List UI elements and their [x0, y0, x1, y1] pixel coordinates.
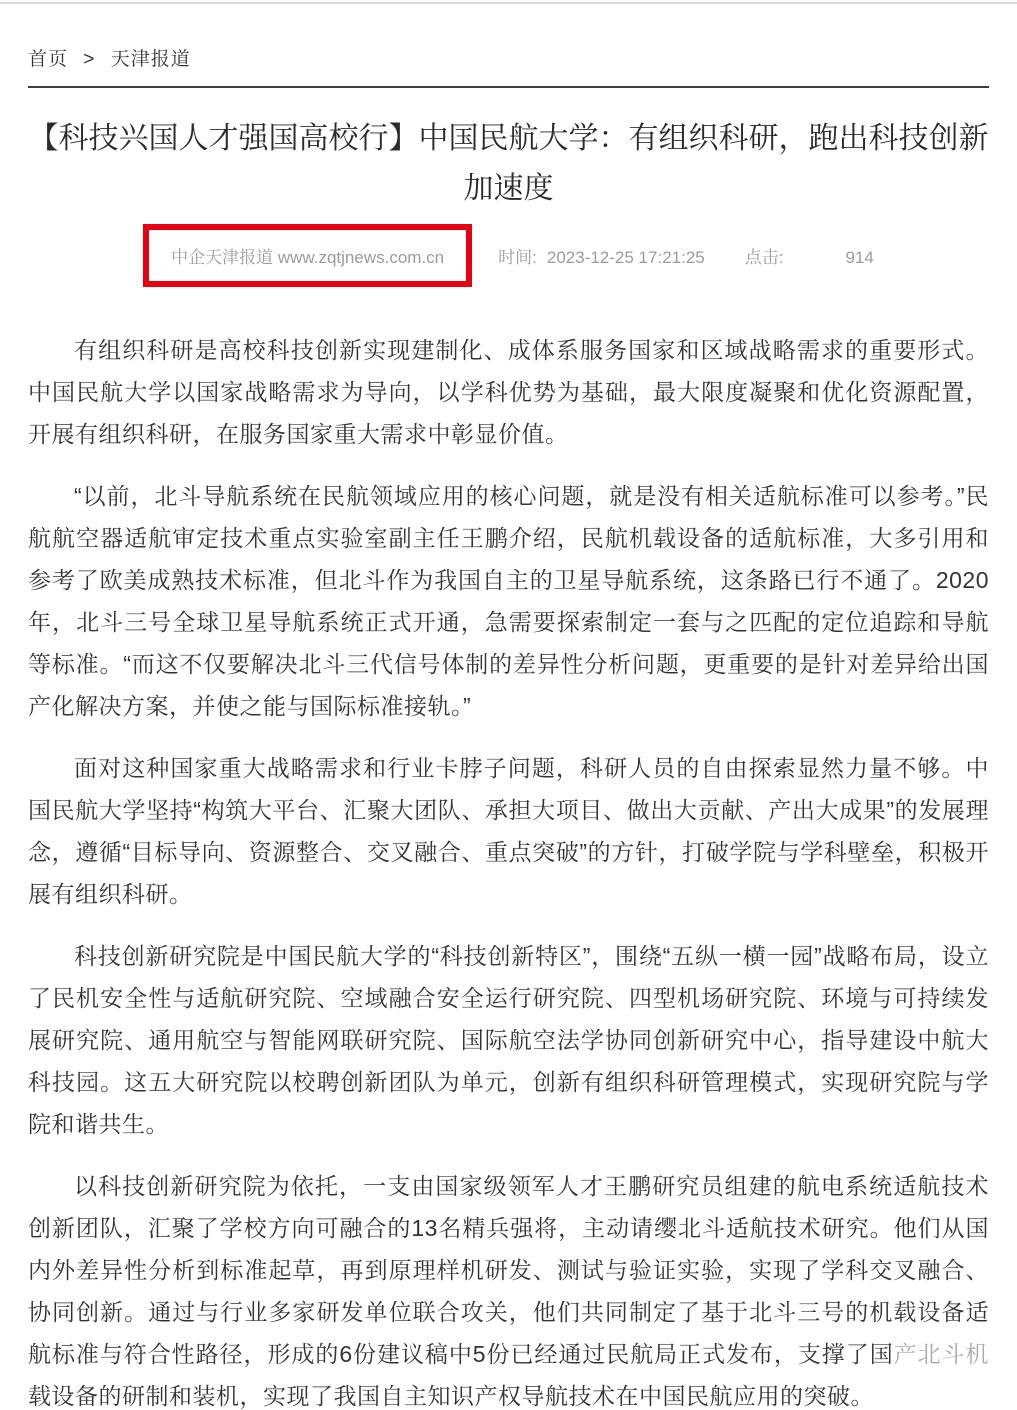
article-paragraph-3: 面对这种国家重大战略需求和行业卡脖子问题，科研人员的自由探索显然力量不够。中国民…: [28, 747, 989, 915]
time-value: 2023-12-25 17:21:25: [547, 248, 705, 267]
breadcrumb-divider: [28, 86, 989, 88]
article-paragraph-2: “以前，北斗导航系统在民航领域应用的核心问题，就是没有相关适航标准可以参考。”民…: [28, 475, 989, 727]
page-container: 首页 > 天津报道 【科技兴国人才强国高校行】中国民航大学：有组织科研，跑出科技…: [0, 4, 1017, 1410]
time-label: 时间:: [498, 248, 537, 267]
clicks-label: 点击:: [745, 248, 784, 267]
article-paragraph-4: 科技创新研究院是中国民航大学的“科技创新特区”，围绕“五纵一横一园”战略布局，设…: [28, 935, 989, 1145]
article-paragraph-1: 有组织科研是高校科技创新实现建制化、成体系服务国家和区域战略需求的重要形式。中国…: [28, 329, 989, 455]
watermark-faded-text: 产北斗机: [894, 1341, 989, 1367]
article-paragraph-5: 以科技创新研究院为依托，一支由国家级领军人才王鹏研究员组建的航电系统适航技术创新…: [28, 1165, 989, 1410]
breadcrumb-section-link[interactable]: 天津报道: [111, 49, 191, 70]
article-title: 【科技兴国人才强国高校行】中国民航大学：有组织科研，跑出科技创新加速度: [28, 114, 989, 214]
source-highlight-box: 中企天津报道 www.zqtjnews.com.cn: [143, 224, 472, 287]
click-count: 点击:914: [745, 243, 874, 268]
article-meta-row: 中企天津报道 www.zqtjnews.com.cn 时间:2023-12-25…: [28, 224, 989, 287]
breadcrumb-separator: >: [83, 49, 95, 70]
article-body: 有组织科研是高校科技创新实现建制化、成体系服务国家和区域战略需求的重要形式。中国…: [28, 329, 989, 1410]
source-text: 中企天津报道 www.zqtjnews.com.cn: [171, 248, 444, 267]
paragraph-5-text-start: 以科技创新研究院为依托，一支由国家级领军人才王鹏研究员组建的航电系统适航技术创新…: [28, 1173, 989, 1367]
paragraph-5-text-end: 载设备的研制和装机，实现了我国自主知识产权导航技术在中国民航应用的突破。: [28, 1383, 874, 1409]
clicks-value: 914: [845, 248, 873, 267]
publish-time: 时间:2023-12-25 17:21:25: [498, 243, 705, 268]
breadcrumb: 首页 > 天津报道: [28, 4, 989, 71]
breadcrumb-home-link[interactable]: 首页: [28, 49, 68, 70]
